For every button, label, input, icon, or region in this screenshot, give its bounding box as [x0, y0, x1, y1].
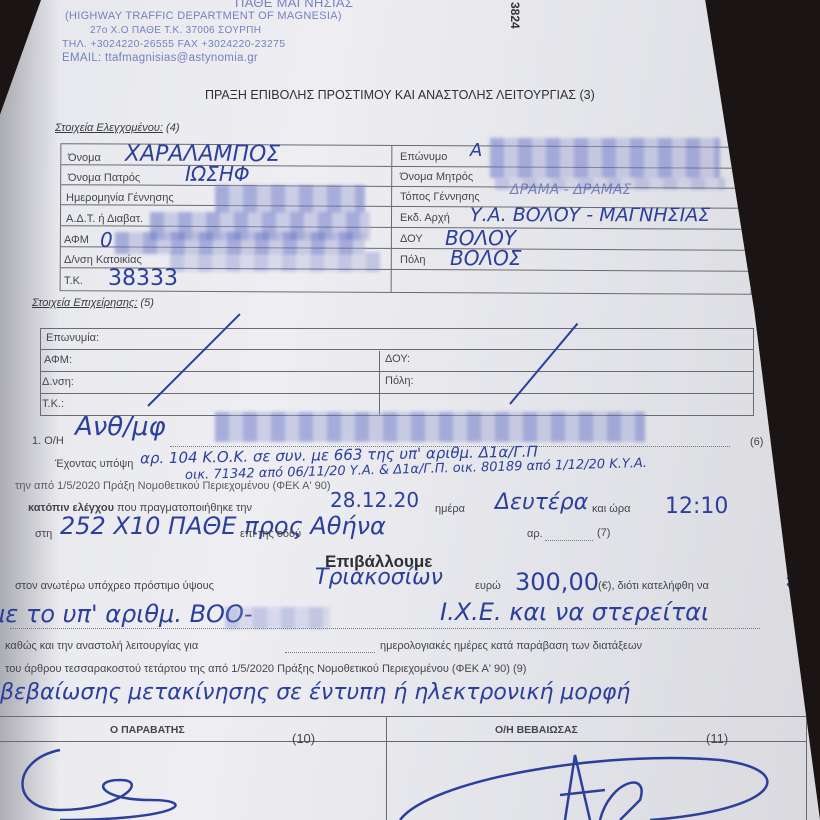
ref-7: (7)	[597, 527, 610, 539]
label-business-postcode: Τ.Κ.:	[42, 398, 64, 410]
business-section-heading: Στοιχεία Επιχείρησης: (5)	[32, 297, 154, 309]
dept-email: EMAIL: ttafmagnisias@astynomia.gr	[62, 52, 258, 65]
ref-6: (6)	[750, 436, 763, 448]
document-title: ΠΡΑΞΗ ΕΠΙΒΟΛΗΣ ΠΡΟΣΤΙΜΟΥ ΚΑΙ ΑΝΑΣΤΟΛΗΣ Λ…	[205, 88, 595, 102]
dept-name-gr: ΠΑΘΕ ΜΑΓΝΗΣΙΑΣ	[235, 0, 353, 9]
redacted-address	[170, 252, 380, 272]
redacted-birth-date	[215, 185, 365, 213]
suspension-days-line: ημερολογιακές ημέρες κατά παράβαση των δ…	[380, 640, 642, 652]
law-reference: την από 1/5/2020 Πράξη Νομοθετικού Περιε…	[15, 480, 331, 492]
officer-signature-initials	[560, 755, 642, 820]
value-time: 12:10	[665, 494, 728, 519]
value-fine-amount: 300,00	[515, 568, 599, 596]
redacted-birth-place	[495, 178, 725, 190]
label-residence: Δ/νση Κατοικίας	[64, 254, 142, 266]
business-table	[40, 328, 754, 416]
value-reason-vehicle: με το υπ' αριθμ. ΒΟΟ-	[0, 600, 253, 628]
label-father-name: Όνομα Πατρός	[68, 172, 140, 184]
suspension-line: καθώς και την αναστολή λειτουργίας για	[5, 640, 198, 652]
label-day: ημέρα	[435, 503, 465, 515]
label-tax-office: ΔΟΥ	[400, 233, 423, 245]
label-mother-name: Όνομα Μητρός	[400, 171, 473, 183]
redacted-person-name	[215, 412, 645, 442]
redacted-surname-mother	[490, 138, 720, 178]
offender-signature	[23, 750, 176, 820]
label-issuing-authority: Εκδ. Αρχή	[400, 212, 450, 224]
label-surname: Επώνυμο	[400, 151, 447, 163]
value-fine-words: Τριακοσίων	[315, 565, 443, 590]
label-number: αρ.	[527, 528, 543, 540]
label-place: στη	[35, 528, 52, 540]
fine-document: ΠΑΘΕ ΜΑΓΝΗΣΙΑΣ (HIGHWAY TRAFFIC DEPARTME…	[0, 0, 820, 820]
label-first-name: Όνομα	[68, 152, 101, 164]
inspected-section-heading: Στοιχεία Ελεγχομένου: (4)	[55, 122, 180, 134]
label-afm: ΑΦΜ	[64, 234, 89, 246]
value-place: 252 Χ10 ΠΑΘΕ προς Αθήνα	[60, 512, 386, 540]
value-day: Δευτέρα	[495, 490, 588, 515]
dept-name-en: (HIGHWAY TRAFFIC DEPARTMENT OF MAGNESIA)	[65, 10, 342, 23]
signature-strokes	[0, 740, 820, 820]
value-father-name: ΙΩΣΗΦ	[185, 162, 250, 186]
serial-number: 3824	[508, 2, 522, 29]
label-fine-amount: στον ανωτέρω υπόχρεο πρόστιμο ύψους	[15, 580, 214, 592]
label-having-regard: Έχοντας υπόψη	[55, 458, 133, 470]
label-business-city: Πόλη:	[385, 375, 414, 387]
redacted-afm	[115, 232, 365, 254]
label-euro: ευρώ	[475, 580, 501, 592]
value-afm: 0	[100, 228, 113, 252]
value-person: Ανθ/μφ	[75, 412, 166, 442]
value-issuing-authority: Υ.Α. ΒΟΛΟΥ - ΜΑΓΝΗΣΙΑΣ	[470, 204, 710, 226]
value-reason-certificate: βεβαίωσης μετακίνησης σε έντυπη ή ηλεκτρ…	[0, 680, 630, 705]
label-birth-place: Τόπος Γέννησης	[400, 191, 480, 203]
officer-label: Ο/Η ΒΕΒΑΙΩΣΑΣ	[495, 724, 578, 736]
label-postcode: Τ.Κ.	[64, 275, 83, 287]
label-time: και ώρα	[592, 503, 630, 515]
asterisk-mark: ✱	[785, 568, 805, 596]
dept-phone: ΤΗΛ. +3024220-26555 FAX +3024220-23275	[62, 38, 285, 51]
label-id-passport: Α.Δ.Τ. ή Διαβατ.	[66, 213, 143, 225]
label-business-address: Δ.νση:	[42, 376, 74, 388]
label-business-name: Επωνυμία:	[46, 332, 99, 344]
dept-address: 27ο Χ.Ο ΠΑΘΕ Τ.Κ. 37006 ΣΟΥΡΠΗ	[90, 24, 261, 37]
article-reference: του άρθρου τεσσαρακοστού τετάρτου της απ…	[5, 663, 526, 675]
value-surname: Α	[470, 140, 482, 161]
label-street: επί της οδού	[240, 528, 301, 540]
label-business-doy: ΔΟΥ:	[385, 353, 410, 365]
value-check-date: 28.12.20	[330, 488, 419, 512]
value-reason-deprived: Ι.Χ.Ε. και να στερείται	[440, 598, 709, 626]
label-person: 1. Ο/Η	[32, 435, 64, 447]
label-birth-date: Ημερομηνία Γέννησης	[66, 192, 174, 204]
value-city: ΒΟΛΟΣ	[450, 246, 522, 270]
label-business-afm: ΑΦΜ:	[44, 354, 72, 366]
redacted-plate	[225, 607, 330, 629]
offender-label: Ο ΠΑΡΑΒΑΤΗΣ	[110, 724, 185, 736]
label-city: Πόλη	[400, 254, 425, 266]
label-reason: (€), διότι κατελήφθη να	[598, 580, 709, 592]
value-postcode: 38333	[108, 266, 178, 291]
